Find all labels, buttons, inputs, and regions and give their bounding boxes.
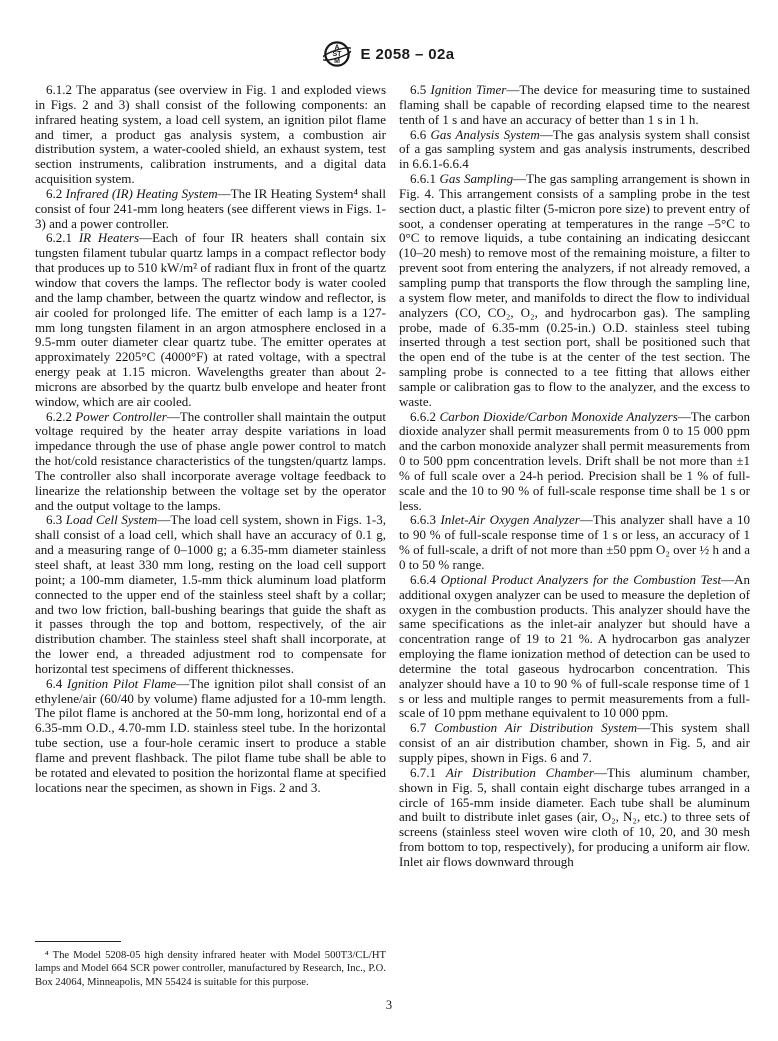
paragraph-6.6.4: 6.6.4 Optional Product Analyzers for the…: [399, 573, 750, 721]
section-number: 6.6.4: [410, 572, 441, 587]
section-title: Air Distribution Chamber: [446, 765, 594, 780]
paragraph-6.3: 6.3 Load Cell System—The load cell syste…: [35, 513, 386, 676]
section-number: 6.6.3: [410, 512, 440, 527]
section-title: Combustion Air Distribution System: [434, 720, 637, 735]
paragraph-6.6.1: 6.6.1 Gas Sampling—The gas sampling arra…: [399, 172, 750, 410]
paragraph-6.4: 6.4 Ignition Pilot Flame—The ignition pi…: [35, 677, 386, 796]
left-column-paragraphs: 6.1.2 The apparatus (see overview in Fig…: [35, 83, 386, 796]
section-title: Optional Product Analyzers for the Combu…: [441, 572, 722, 587]
left-column: 6.1.2 The apparatus (see overview in Fig…: [35, 83, 386, 989]
page-number: 3: [0, 998, 778, 1013]
section-title: Ignition Pilot Flame: [67, 676, 176, 691]
section-number: 6.4: [46, 676, 67, 691]
astm-globe-logo-icon: A ST M: [323, 40, 351, 68]
svg-text:M: M: [335, 58, 341, 65]
section-number: 6.2: [46, 186, 66, 201]
section-title: Load Cell System: [66, 512, 158, 527]
svg-text:ST: ST: [333, 51, 343, 58]
section-title: Gas Analysis System: [430, 127, 539, 142]
section-number: 6.7: [410, 720, 434, 735]
page-header: A ST M E 2058 – 02a: [0, 0, 778, 68]
paragraph-6.2.2: 6.2.2 Power Controller—The controller sh…: [35, 410, 386, 514]
section-title: Gas Sampling: [440, 171, 514, 186]
section-title: Ignition Timer: [431, 83, 507, 97]
section-number: 6.2.2: [46, 409, 75, 424]
section-number: 6.2.1: [46, 230, 79, 245]
paragraph-6.6: 6.6 Gas Analysis System—The gas analysis…: [399, 128, 750, 173]
paragraph-6.7: 6.7 Combustion Air Distribution System—T…: [399, 721, 750, 766]
paragraph-6.6.3: 6.6.3 Inlet-Air Oxygen Analyzer—This ana…: [399, 513, 750, 572]
footnote: ⁴ The Model 5208-05 high density infrare…: [35, 941, 386, 989]
section-number: 6.3: [46, 512, 66, 527]
section-title: IR Heaters: [79, 230, 139, 245]
section-number: 6.6: [410, 127, 430, 142]
two-column-body: 6.1.2 The apparatus (see overview in Fig…: [35, 83, 750, 989]
standard-designation: E 2058 – 02a: [360, 46, 454, 63]
section-number: 6.5: [410, 83, 431, 97]
footnote-rule: [35, 941, 121, 942]
paragraph-6.7.1: 6.7.1 Air Distribution Chamber—This alum…: [399, 766, 750, 870]
footnote-text: ⁴ The Model 5208-05 high density infrare…: [35, 949, 386, 989]
paragraph-6.2: 6.2 Infrared (IR) Heating System—The IR …: [35, 187, 386, 232]
paragraph-6.5: 6.5 Ignition Timer—The device for measur…: [399, 83, 750, 128]
right-column-paragraphs: 6.5 Ignition Timer—The device for measur…: [399, 83, 750, 870]
section-number: 6.6.1: [410, 171, 440, 186]
section-number: 6.6.2: [410, 409, 440, 424]
paragraph-6.1.2: 6.1.2 The apparatus (see overview in Fig…: [35, 83, 386, 187]
section-title: Inlet-Air Oxygen Analyzer: [440, 512, 579, 527]
right-column: 6.5 Ignition Timer—The device for measur…: [399, 83, 750, 989]
section-title: Carbon Dioxide/Carbon Monoxide Analyzers: [440, 409, 678, 424]
document-page: { "header": { "designation": "E 2058 – 0…: [0, 0, 778, 1041]
section-number: 6.1.2: [46, 83, 76, 97]
section-title: Infrared (IR) Heating System: [66, 186, 218, 201]
paragraph-6.6.2: 6.6.2 Carbon Dioxide/Carbon Monoxide Ana…: [399, 410, 750, 514]
section-title: Power Controller: [75, 409, 167, 424]
section-number: 6.7.1: [410, 765, 446, 780]
paragraph-6.2.1: 6.2.1 IR Heaters—Each of four IR heaters…: [35, 231, 386, 409]
